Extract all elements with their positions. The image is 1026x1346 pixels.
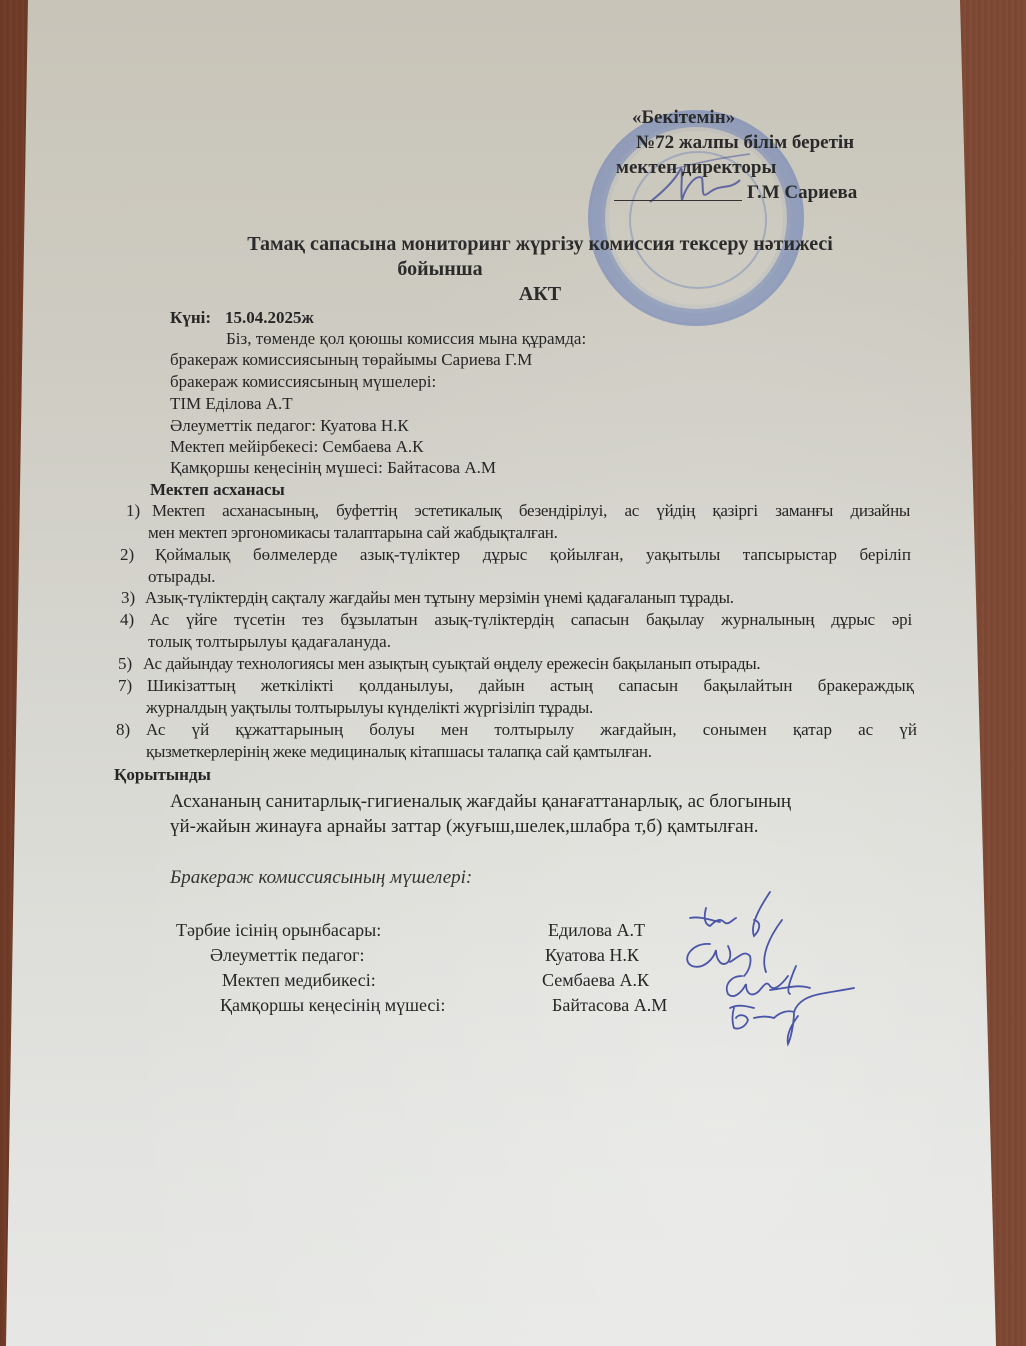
date-label: Күні:: [170, 308, 211, 328]
approval-position: мектеп директоры: [616, 158, 776, 178]
signature-role: Қамқоршы кеңесінің мүшесі:: [220, 995, 445, 1015]
list-item-text-cont: толық толтырылуы қадағалануда.: [148, 632, 391, 652]
list-item-text: Мектеп асханасының, буфеттің эстетикалық…: [152, 501, 910, 521]
signature-name: Сембаева А.К: [542, 970, 649, 990]
signature-role: Тәрбие ісінің орынбасары:: [176, 920, 381, 940]
member-item: Әлеуметтік педагог: Куатова Н.К: [170, 416, 409, 436]
document-type: АКТ: [190, 284, 890, 304]
list-item-number: 7): [118, 676, 132, 696]
list-item-text: Қоймалық бөлмелерде азық-түліктер дұрыс …: [155, 545, 911, 565]
conclusion-text: Асхананың санитарлық-гигиеналық жағдайы …: [170, 790, 791, 814]
list-item-text-cont: отырады.: [148, 567, 216, 587]
document-title-line2: бойынша: [190, 259, 690, 279]
list-item-number: 4): [120, 610, 134, 630]
list-item-text: Ас үй құжаттарының болуы мен толтырылу ж…: [146, 720, 917, 740]
member-item: ТІМ Еділова А.Т: [170, 394, 293, 414]
members-label: бракераж комиссиясының мүшелері:: [170, 372, 436, 392]
list-item-text-cont: мен мектеп эргономикасы талаптарына сай …: [148, 523, 558, 543]
section-title: Мектеп асханасы: [150, 480, 285, 500]
signature-name: Байтасова А.М: [552, 995, 667, 1015]
approval-school: №72 жалпы білім беретін: [636, 133, 854, 153]
approval-heading: «Бекітемін»: [632, 108, 735, 128]
list-item-text-cont: журналдың уақтылы толтырылуы күнделікті …: [146, 698, 593, 718]
list-item-text: Азық-түліктердің сақталу жағдайы мен тұт…: [145, 588, 734, 608]
signature-role: Мектеп медибикесі:: [222, 970, 376, 990]
approval-signature-line: [614, 200, 742, 201]
chair-line: бракераж комиссиясының төрайымы Сариева …: [170, 350, 532, 370]
conclusion-heading: Қорытынды: [114, 765, 211, 785]
list-item-text: Ас дайындау технологиясы мен азықтың суы…: [143, 654, 760, 674]
list-item-text: Ас үйге түсетін тез бұзылатын азық-түлік…: [150, 610, 912, 630]
conclusion-text-cont: үй-жайын жинауға арнайы заттар (жуғыш,ше…: [170, 815, 759, 839]
handwritten-signatures: [670, 880, 860, 1050]
member-item: Мектеп мейірбекесі: Сембаева А.К: [170, 437, 424, 457]
intro-line: Біз, төменде қол қоюшы комиссия мына құр…: [226, 329, 586, 349]
signature-name: Едилова А.Т: [548, 920, 645, 940]
list-item-text: Шикізаттың жеткілікті қолданылуы, дайын …: [147, 676, 914, 696]
document-title: Тамақ сапасына мониторинг жүргізу комисс…: [190, 234, 890, 254]
list-item-number: 2): [120, 545, 134, 565]
list-item-number: 5): [118, 654, 132, 674]
list-item-text-cont: қызметкерлерінің жеке медициналық кітапш…: [146, 742, 652, 762]
signature-role: Әлеуметтік педагог:: [210, 945, 365, 965]
member-item: Қамқоршы кеңесінің мүшесі: Байтасова А.М: [170, 458, 496, 478]
date-value: 15.04.2025ж: [225, 308, 314, 328]
approval-director-name: Г.М Сариева: [747, 183, 857, 203]
list-item-number: 8): [116, 720, 130, 740]
signatures-heading: Бракераж комиссиясының мүшелері:: [170, 866, 472, 890]
list-item-number: 3): [121, 588, 135, 608]
signature-name: Куатова Н.К: [545, 945, 639, 965]
list-item-number: 1): [126, 501, 140, 521]
